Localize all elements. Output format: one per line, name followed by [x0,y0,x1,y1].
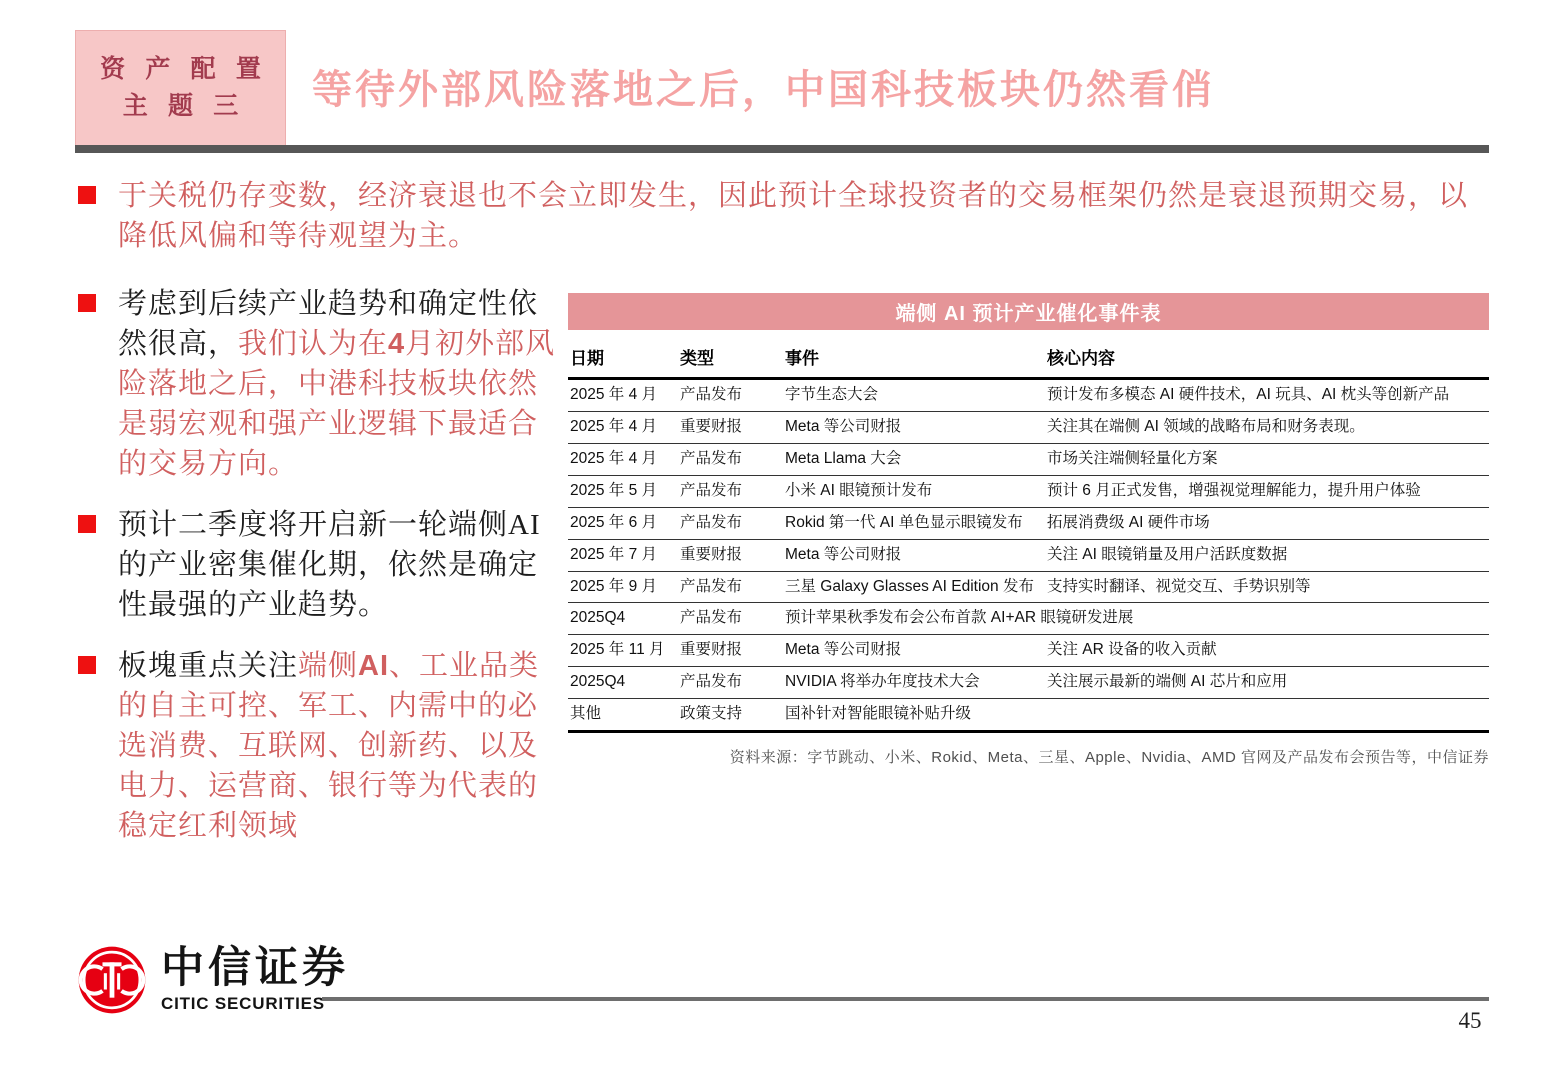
table-cell-date: 2025 年 4 月 [568,443,678,475]
table-cell-event: Rokid 第一代 AI 单色显示眼镜发布 [783,507,1045,539]
bullet-text-segment: 端侧 [298,650,358,682]
table-cell-event: Meta 等公司财报 [783,539,1045,571]
table-row: 2025 年 5 月产品发布小米 AI 眼镜预计发布预计 6 月正式发售，增强视… [568,475,1489,507]
table-row: 2025 年 9 月产品发布三星 Galaxy Glasses AI Editi… [568,571,1489,603]
table-body: 2025 年 4 月产品发布字节生态大会预计发布多模态 AI 硬件技术，AI 玩… [568,379,1489,732]
page-title: 等待外部风险落地之后，中国科技板块仍然看俏 [312,58,1492,115]
footer-divider-line [322,997,1489,1001]
table-cell-content: 关注 AR 设备的收入贡献 [1045,635,1489,667]
table-cell-content: 预计发布多模态 AI 硬件技术，AI 玩具、AI 枕头等创新产品 [1045,379,1489,412]
bullet-item: 板塊重点关注端侧AI、工业品类的自主可控、军工、内需中的必选消费、互联网、创新药… [78,646,556,846]
table-row: 2025 年 6 月产品发布Rokid 第一代 AI 单色显示眼镜发布拓展消费级… [568,507,1489,539]
table-cell-event: 三星 Galaxy Glasses AI Edition 发布 [783,571,1045,603]
bullet-text-segment: 板塊重点关注 [118,650,298,682]
citic-logo-text: 中信证券 CITIC SECURITIES [161,947,349,1014]
table-cell-date: 其他 [568,699,678,732]
bullet-text-segment: 4 [388,328,405,360]
table-cell-type: 政策支持 [678,699,783,732]
header-divider-bar [75,145,1489,153]
table-cell-event: 字节生态大会 [783,379,1045,412]
table-cell-event: 小米 AI 眼镜预计发布 [783,475,1045,507]
bullet-text: 预计二季度将开启新一轮端侧AI的产业密集催化期，依然是确定性最强的产业趋势。 [118,505,556,625]
table-cell-type: 产品发布 [678,379,783,412]
table-cell-date: 2025 年 4 月 [568,411,678,443]
bullet-square-icon [78,515,96,533]
theme-tag-line2: 主 题 三 [116,88,246,126]
table-column-header: 核心内容 [1045,339,1489,379]
bullet-square-icon [78,656,96,674]
table-cell-event: Meta Llama 大会 [783,443,1045,475]
table-cell-type: 产品发布 [678,475,783,507]
page-number: 45 [1445,1008,1495,1034]
theme-tag-line1: 资 产 配 置 [93,51,268,89]
table-column-header: 类型 [678,339,783,379]
table-column-header: 日期 [568,339,678,379]
bullet-text: 考虑到后续产业趋势和确定性依然很高，我们认为在4月初外部风险落地之后，中港科技板… [118,284,556,484]
bullet-list-left: 考虑到后续产业趋势和确定性依然很高，我们认为在4月初外部风险落地之后，中港科技板… [78,284,556,867]
table-cell-type: 重要财报 [678,539,783,571]
slide-page: 资 产 配 置 主 题 三 等待外部风险落地之后，中国科技板块仍然看俏 于关税仍… [0,0,1560,1080]
table-row: 2025 年 7 月重要财报Meta 等公司财报关注 AI 眼镜销量及用户活跃度… [568,539,1489,571]
table-cell-event: 预计苹果秋季发布会公布首款 AI+AR 眼镜研发进展 [783,603,1489,635]
bullet-square-icon [78,294,96,312]
table-cell-type: 重要财报 [678,411,783,443]
table-cell-date: 2025 年 4 月 [568,379,678,412]
table-cell-content: 拓展消费级 AI 硬件市场 [1045,507,1489,539]
table-cell-content: 市场关注端侧轻量化方案 [1045,443,1489,475]
table-title-bar: 端侧 AI 预计产业催化事件表 [568,293,1489,330]
table-cell-content: 关注展示最新的端侧 AI 芯片和应用 [1045,667,1489,699]
theme-tag-box: 资 产 配 置 主 题 三 [75,30,286,146]
table-cell-content: 关注 AI 眼镜销量及用户活跃度数据 [1045,539,1489,571]
citic-logo-icon [78,946,146,1014]
table-cell-type: 重要财报 [678,635,783,667]
table-cell-content: 关注其在端侧 AI 领域的战略布局和财务表现。 [1045,411,1489,443]
table-row: 其他政策支持国补针对智能眼镜补贴升级 [568,699,1489,732]
citic-logo-chinese: 中信证券 [161,947,349,990]
table-cell-date: 2025 年 5 月 [568,475,678,507]
table-cell-event: 国补针对智能眼镜补贴升级 [783,699,1489,732]
catalyst-table-section: 端侧 AI 预计产业催化事件表 日期类型事件核心内容 2025 年 4 月产品发… [568,293,1489,767]
table-cell-type: 产品发布 [678,667,783,699]
table-cell-content: 支持实时翻译、视觉交互、手势识别等 [1045,571,1489,603]
table-cell-date: 2025Q4 [568,667,678,699]
table-cell-type: 产品发布 [678,571,783,603]
table-row: 2025 年 4 月产品发布字节生态大会预计发布多模态 AI 硬件技术，AI 玩… [568,379,1489,412]
bullet-text-segment: 我们认为在 [238,328,388,360]
citic-logo-english: CITIC SECURITIES [161,994,349,1014]
table-row: 2025Q4产品发布预计苹果秋季发布会公布首款 AI+AR 眼镜研发进展 [568,603,1489,635]
table-row: 2025 年 4 月产品发布Meta Llama 大会市场关注端侧轻量化方案 [568,443,1489,475]
table-cell-type: 产品发布 [678,443,783,475]
table-row: 2025 年 4 月重要财报Meta 等公司财报关注其在端侧 AI 领域的战略布… [568,411,1489,443]
table-row: 2025Q4产品发布NVIDIA 将举办年度技术大会关注展示最新的端侧 AI 芯… [568,667,1489,699]
table-source-note: 资料来源：字节跳动、小米、Rokid、Meta、三星、Apple、Nvidia、… [568,746,1489,767]
table-cell-event: Meta 等公司财报 [783,635,1045,667]
bullet-text: 板塊重点关注端侧AI、工业品类的自主可控、军工、内需中的必选消费、互联网、创新药… [118,646,556,846]
catalyst-table: 日期类型事件核心内容 2025 年 4 月产品发布字节生态大会预计发布多模态 A… [568,339,1489,733]
table-cell-date: 2025 年 9 月 [568,571,678,603]
table-row: 2025 年 11 月重要财报Meta 等公司财报关注 AR 设备的收入贡献 [568,635,1489,667]
table-cell-date: 2025 年 6 月 [568,507,678,539]
table-cell-date: 2025 年 7 月 [568,539,678,571]
table-cell-date: 2025 年 11 月 [568,635,678,667]
bullet-text-segment: 于关税仍存变数，经济衰退也不会立即发生，因此预计全球投资者的交易框架仍然是衰退预… [118,180,1468,252]
bullet-item: 考虑到后续产业趋势和确定性依然很高，我们认为在4月初外部风险落地之后，中港科技板… [78,284,556,484]
bullet-square-icon [78,186,96,204]
table-header-row: 日期类型事件核心内容 [568,339,1489,379]
bullet-item: 预计二季度将开启新一轮端侧AI的产业密集催化期，依然是确定性最强的产业趋势。 [78,505,556,625]
table-cell-content: 预计 6 月正式发售，增强视觉理解能力，提升用户体验 [1045,475,1489,507]
table-column-header: 事件 [783,339,1045,379]
table-cell-date: 2025Q4 [568,603,678,635]
table-cell-event: Meta 等公司财报 [783,411,1045,443]
table-cell-type: 产品发布 [678,603,783,635]
citic-logo: 中信证券 CITIC SECURITIES [78,946,349,1014]
bullet-text: 于关税仍存变数，经济衰退也不会立即发生，因此预计全球投资者的交易框架仍然是衰退预… [118,176,1486,256]
bullet-text-segment: AI [358,650,389,682]
table-cell-event: NVIDIA 将举办年度技术大会 [783,667,1045,699]
bullet-item: 于关税仍存变数，经济衰退也不会立即发生，因此预计全球投资者的交易框架仍然是衰退预… [78,176,1486,256]
table-cell-type: 产品发布 [678,507,783,539]
bullet-list-top: 于关税仍存变数，经济衰退也不会立即发生，因此预计全球投资者的交易框架仍然是衰退预… [78,176,1486,277]
bullet-text-segment: 预计二季度将开启新一轮端侧AI的产业密集催化期，依然是确定性最强的产业趋势。 [118,509,541,621]
